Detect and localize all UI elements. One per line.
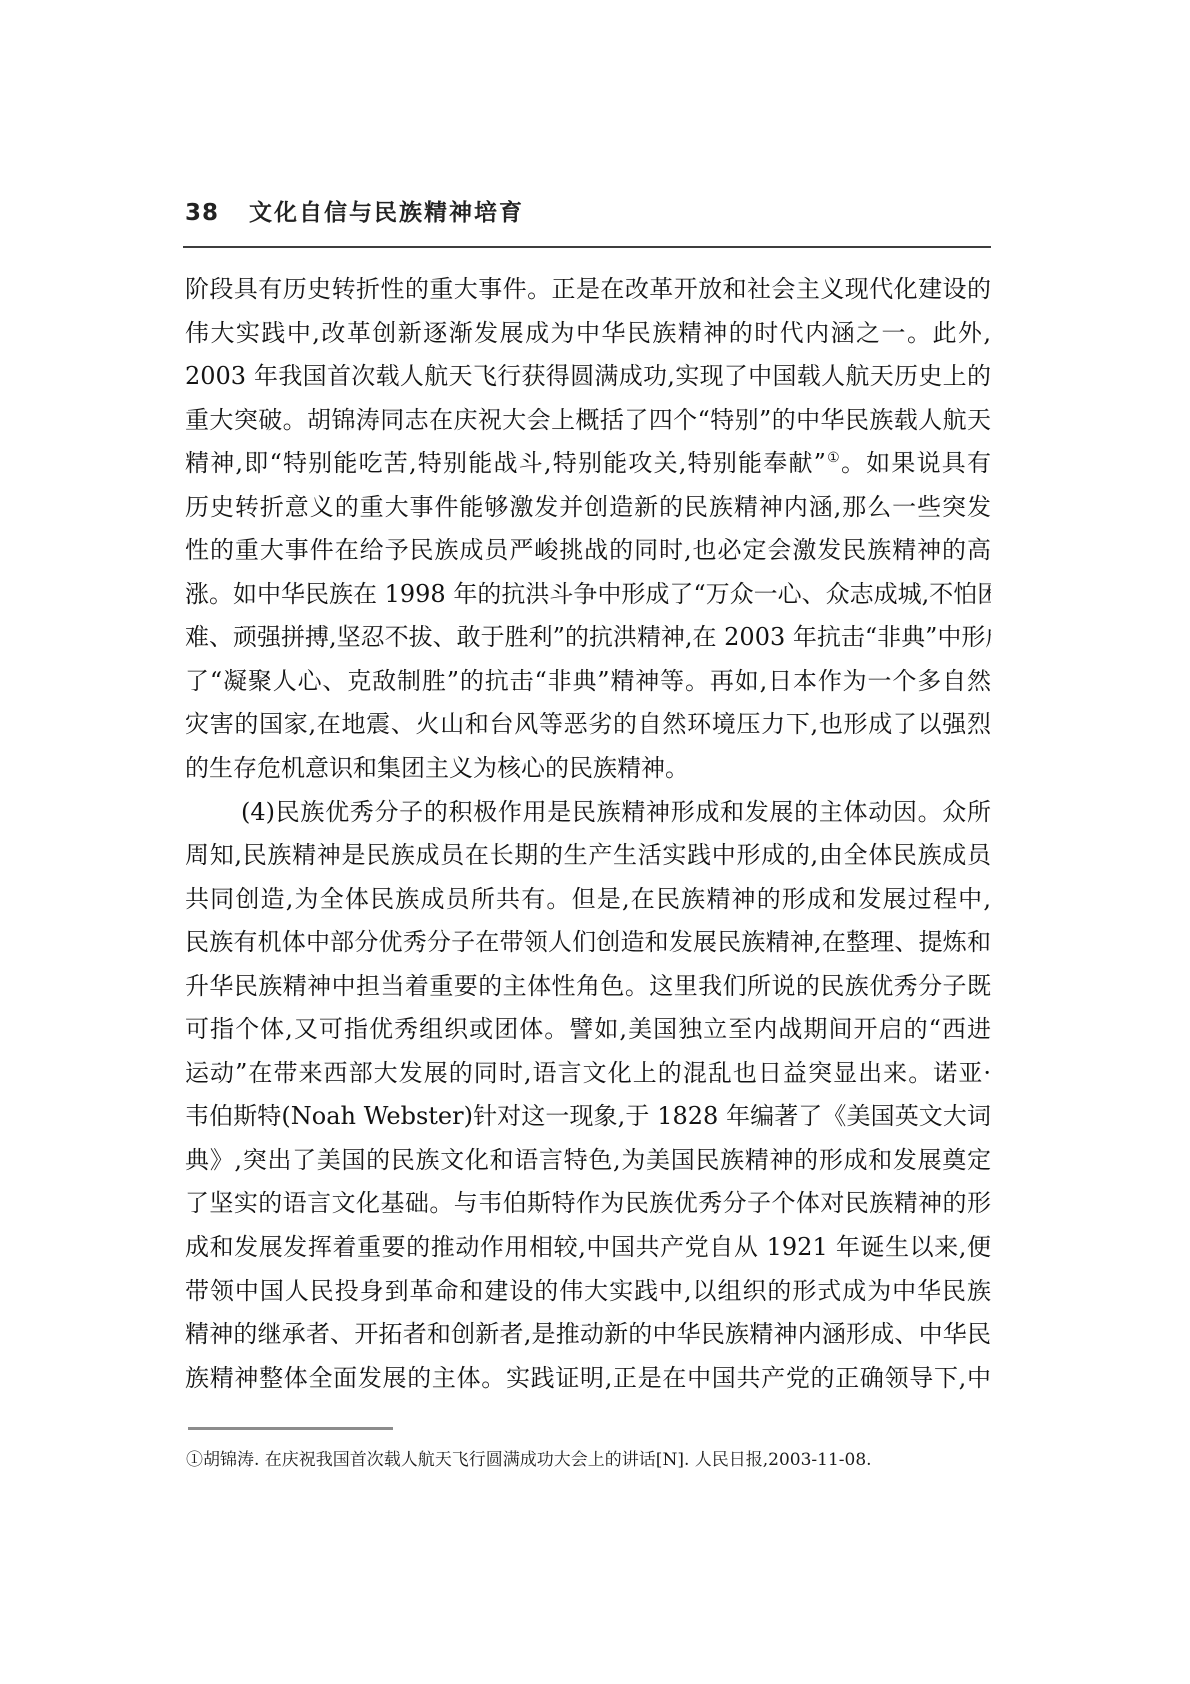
footnote-ref: ① <box>826 450 841 466</box>
text-line: 精神,即“特别能吃苦,特别能战斗,特别能攻关,特别能奉献”①。如果说具有 <box>185 442 991 486</box>
text-line: 可指个体,又可指优秀组织或团体。譬如,美国独立至内战期间开启的“西进 <box>185 1008 991 1052</box>
text-line: 运动”在带来西部大发展的同时,语言文化上的混乱也日益突显出来。诺亚· <box>185 1052 991 1096</box>
text-line: 2003 年我国首次载人航天飞行获得圆满成功,实现了中国载人航天历史上的 <box>185 355 991 399</box>
text-line: 韦伯斯特(Noah Webster)针对这一现象,于 1828 年编著了《美国英… <box>185 1095 991 1139</box>
text-line: 灾害的国家,在地震、火山和台风等恶劣的自然环境压力下,也形成了以强烈 <box>185 703 991 747</box>
text-line: 性的重大事件在给予民族成员严峻挑战的同时,也必定会激发民族精神的高 <box>185 529 991 573</box>
footnote-separator <box>188 1427 393 1430</box>
text-line: 涨。如中华民族在 1998 年的抗洪斗争中形成了“万众一心、众志成城,不怕困 <box>185 573 991 617</box>
text-line: 成和发展发挥着重要的推动作用相较,中国共产党自从 1921 年诞生以来,便 <box>185 1226 991 1270</box>
header-rule <box>183 246 991 248</box>
paragraph-1: 阶段具有历史转折性的重大事件。正是在改革开放和社会主义现代化建设的伟大实践中,改… <box>185 268 991 791</box>
text-line: 带领中国人民投身到革命和建设的伟大实践中,以组织的形式成为中华民族 <box>185 1270 991 1314</box>
text-line: 民族有机体中部分优秀分子在带领人们创造和发展民族精神,在整理、提炼和 <box>185 921 991 965</box>
text-line: 族精神整体全面发展的主体。实践证明,正是在中国共产党的正确领导下,中 <box>185 1357 991 1401</box>
text-line: 周知,民族精神是民族成员在长期的生产生活实践中形成的,由全体民族成员 <box>185 834 991 878</box>
page-header: 38 文化自信与民族精神培育 <box>185 194 991 227</box>
text-line: 了“凝聚人心、克敌制胜”的抗击“非典”精神等。再如,日本作为一个多自然 <box>185 660 991 704</box>
text-line: 了坚实的语言文化基础。与韦伯斯特作为民族优秀分子个体对民族精神的形 <box>185 1182 991 1226</box>
text-line: (4)民族优秀分子的积极作用是民族精神形成和发展的主体动因。众所 <box>185 791 991 835</box>
running-title: 文化自信与民族精神培育 <box>249 194 524 227</box>
footnote-text: ①胡锦涛. 在庆祝我国首次载人航天飞行圆满成功大会上的讲话[N]. 人民日报,2… <box>186 1448 992 1472</box>
page-number: 38 <box>185 200 219 226</box>
paragraph-2: (4)民族优秀分子的积极作用是民族精神形成和发展的主体动因。众所周知,民族精神是… <box>185 791 991 1401</box>
text-line: 难、顽强拼搏,坚忍不拔、敢于胜利”的抗洪精神,在 2003 年抗击“非典”中形成 <box>185 616 991 660</box>
text-line: 重大突破。胡锦涛同志在庆祝大会上概括了四个“特别”的中华民族载人航天 <box>185 399 991 443</box>
text-line: 共同创造,为全体民族成员所共有。但是,在民族精神的形成和发展过程中, <box>185 878 991 922</box>
text-line: 精神的继承者、开拓者和创新者,是推动新的中华民族精神内涵形成、中华民 <box>185 1313 991 1357</box>
text-line: 伟大实践中,改革创新逐渐发展成为中华民族精神的时代内涵之一。此外, <box>185 312 991 356</box>
text-line: 升华民族精神中担当着重要的主体性角色。这里我们所说的民族优秀分子既 <box>185 965 991 1009</box>
body-text: 阶段具有历史转折性的重大事件。正是在改革开放和社会主义现代化建设的伟大实践中,改… <box>185 268 991 1400</box>
text-line: 阶段具有历史转折性的重大事件。正是在改革开放和社会主义现代化建设的 <box>185 268 991 312</box>
document-page: 38 文化自信与民族精神培育 阶段具有历史转折性的重大事件。正是在改革开放和社会… <box>0 0 1190 1684</box>
text-line: 典》,突出了美国的民族文化和语言特色,为美国民族精神的形成和发展奠定 <box>185 1139 991 1183</box>
text-line: 历史转折意义的重大事件能够激发并创造新的民族精神内涵,那么一些突发 <box>185 486 991 530</box>
text-line: 的生存危机意识和集团主义为核心的民族精神。 <box>185 747 991 791</box>
